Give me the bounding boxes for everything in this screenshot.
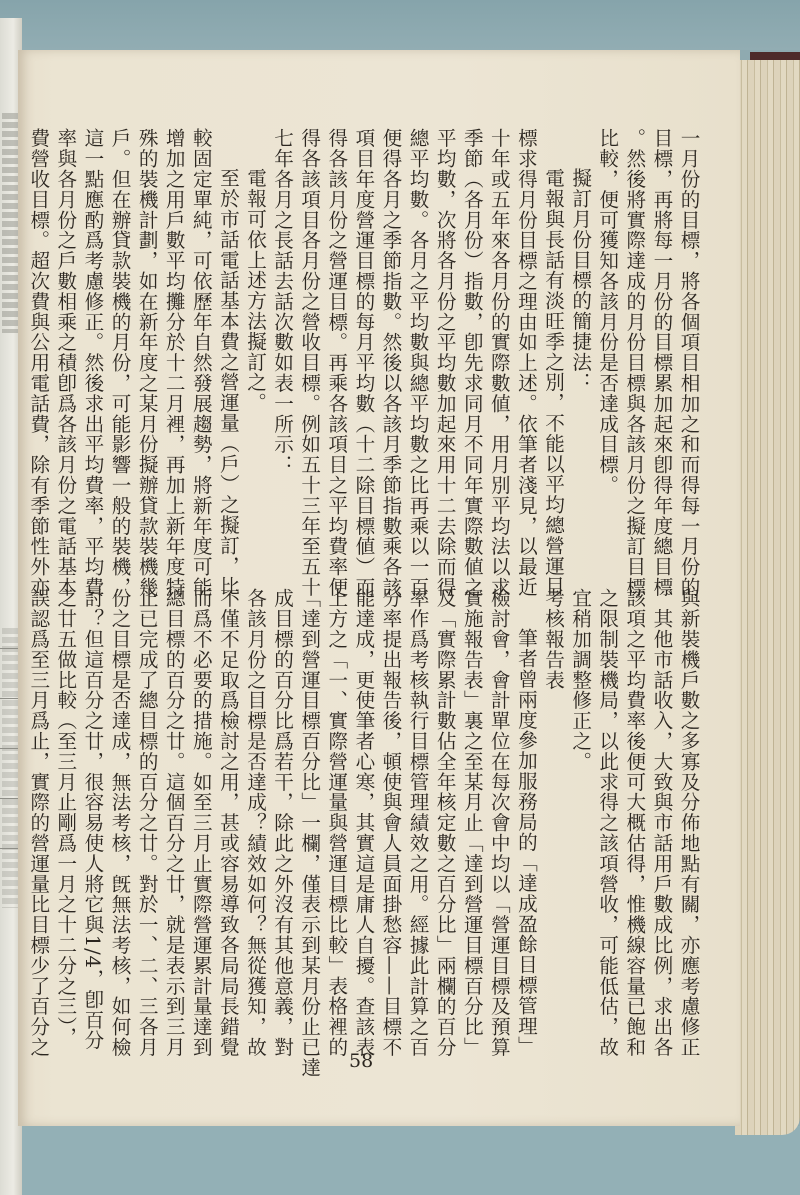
text-column: 「達到營運目標百分比」一欄，僅表示到某月份止已達 [296, 588, 323, 1053]
text-column: 十年或五年來各月份的實際數値，用月別平均法以求 [485, 128, 512, 568]
text-column: 誤認爲至三月爲止，實際的營運量比目標少了百分之 [25, 588, 52, 1053]
upper-text-block: 一月份的目標，將各個項目相加之和而得每一月份的 目標，再將每一月份的目標累加起來… [25, 128, 702, 568]
text-column: 戶。但在辦貸款裝機的月份，可能影響一般的裝機， [106, 128, 133, 568]
facing-page-text [2, 113, 18, 333]
text-column: 該項之平均費率後便可大概估得，惟機線容量已飽和 [621, 588, 648, 1053]
text-column: 及「實際累計數佔全年核定數之百分比」兩欄的百分 [431, 588, 458, 1053]
backdrop-bottom [0, 1126, 800, 1195]
text-column: 電報可依上述方法擬訂之。 [241, 128, 268, 568]
page-body: 一月份的目標，將各個項目相加之和而得每一月份的 目標，再將每一月份的目標累加起來… [78, 128, 702, 1053]
text-column: 較固定單純，可依歷年自然發展趨勢，將新年度可能 [187, 128, 214, 568]
text-column: 增加之用戶數平均攤分於十二月裡，再加上新年度特 [160, 128, 187, 568]
text-column: 分率提出報告後，頓使與會人員面掛愁容——目標不 [377, 588, 404, 1053]
section-heading: 擬訂月份目標的簡捷法： [567, 128, 594, 568]
text-column: 總平均數。各月之平均數與總平均數之比再乘以一百 [404, 128, 431, 568]
text-column: 份之目標是否達成，無法考核，旣無法考核，如何檢 [106, 588, 133, 1053]
text-column: 得各該月份之營運目標。再乘各該項目之平均費率便 [323, 128, 350, 568]
lower-text-block: 與新裝機戶數之多寡及分佈地點有關，亦應考慮修正 。其他市話收入，大致與市話用戶數… [25, 588, 702, 1053]
page-number: 58 [349, 1050, 373, 1072]
text-column: 討？但這百分之廿，很容易使人將它與1/4，卽百分 [79, 588, 106, 1053]
text-column: 七年各月之長話去話次數如表一所示： [269, 128, 296, 568]
text-column: 平均數，次將各月份之平均數加起來用十二去除而得 [431, 128, 458, 568]
text-column: 上方之「一、實際營運量與營運目標比較」表格裡的 [323, 588, 350, 1053]
text-column: 。其他市話收入，大致與市話用戶數成比例，求出各 [648, 588, 675, 1053]
text-column: 比較，便可獲知各該月份是否達成目標。 [594, 128, 621, 568]
text-column: 成目標的百分比爲若干，除此之外沒有其他意義，對 [269, 588, 296, 1053]
text-column: 標求得月份目標之理由如上述。依筆者淺見，以最近 [512, 128, 539, 568]
text-column: 之限制裝機局，以此求得之該項營收，可能低估，故 [594, 588, 621, 1053]
text-column: 筆者曾兩度參加服務局的「達成盈餘目標管理」 [512, 588, 539, 1053]
text-column: 而爲不必要的措施。如至三月止實際營運累計量達到 [187, 588, 214, 1053]
section-heading: 考核報告表 [539, 588, 566, 1053]
text-column: 率作爲考核執行目標管理績效之用。經據此計算之百 [404, 588, 431, 1053]
text-column: 季節（各月份）指數，卽先求同月不同年實際數値之 [458, 128, 485, 568]
text-column: 得各該項目各月份之營收目標。例如五十三年至五十 [296, 128, 323, 568]
page-stack-edges [735, 60, 800, 1135]
text-column: 至於市話電話基本費之營運量（戶）之擬訂，比 [214, 128, 241, 568]
text-column: 檢討會，會計單位在每次會中均以「營運目標及預算 [485, 588, 512, 1053]
text-column: 實施報告表」裏之至某月止「達到營運目標百分比」 [458, 588, 485, 1053]
text-column: 總目標的百分之廿。這個百分之廿，就是表示到三月 [160, 588, 187, 1053]
text-column: 目標，再將每一月份的目標累加起來卽得年度總目標 [648, 128, 675, 568]
text-column: 便得各月之季節指數。然後以各該月季節指數乘各該 [377, 128, 404, 568]
text-column: 之廿五做比較（至三月止剛爲一月之十二分之三）， [52, 588, 79, 1053]
text-column: 率與各月份之戶數相乘之積卽爲各該月份之電話基本 [52, 128, 79, 568]
text-column: 項目年度營運目標的每月平均數（十二除目標値）而 [350, 128, 377, 568]
text-column: 各該月份之目標是否達成？績效如何？無從獲知，故 [241, 588, 268, 1053]
facing-page-table [2, 628, 18, 908]
backdrop-top [0, 0, 800, 50]
text-column: 不僅不足取爲檢討之用，甚或容易導致各局局長錯覺 [214, 588, 241, 1053]
text-column: 一月份的目標，將各個項目相加之和而得每一月份的 [675, 128, 702, 568]
text-column: 與新裝機戶數之多寡及分佈地點有關，亦應考慮修正 [675, 588, 702, 1053]
text-column: 止已完成了總目標的百分之廿。對於一、二、三各月 [133, 588, 160, 1053]
text-column: 這一點應酌爲考慮修正。然後求出平均費率，平均費 [79, 128, 106, 568]
text-column: 費營收目標。超次費與公用電話費，除有季節性外亦 [25, 128, 52, 568]
text-column: 。然後將實際達成的月份目標與各該月份之擬訂目標 [621, 128, 648, 568]
text-column: 電報與長話有淡旺季之別，不能以平均總營運目 [539, 128, 566, 568]
text-column: 殊的裝機計劃，如在新年度之某月份擬辦貸款裝機幾 [133, 128, 160, 568]
text-column: 能達成，更使筆者心寒，其實這是庸人自擾。查該表 [350, 588, 377, 1053]
text-column: 宜稍加調整修正之。 [567, 588, 594, 1053]
